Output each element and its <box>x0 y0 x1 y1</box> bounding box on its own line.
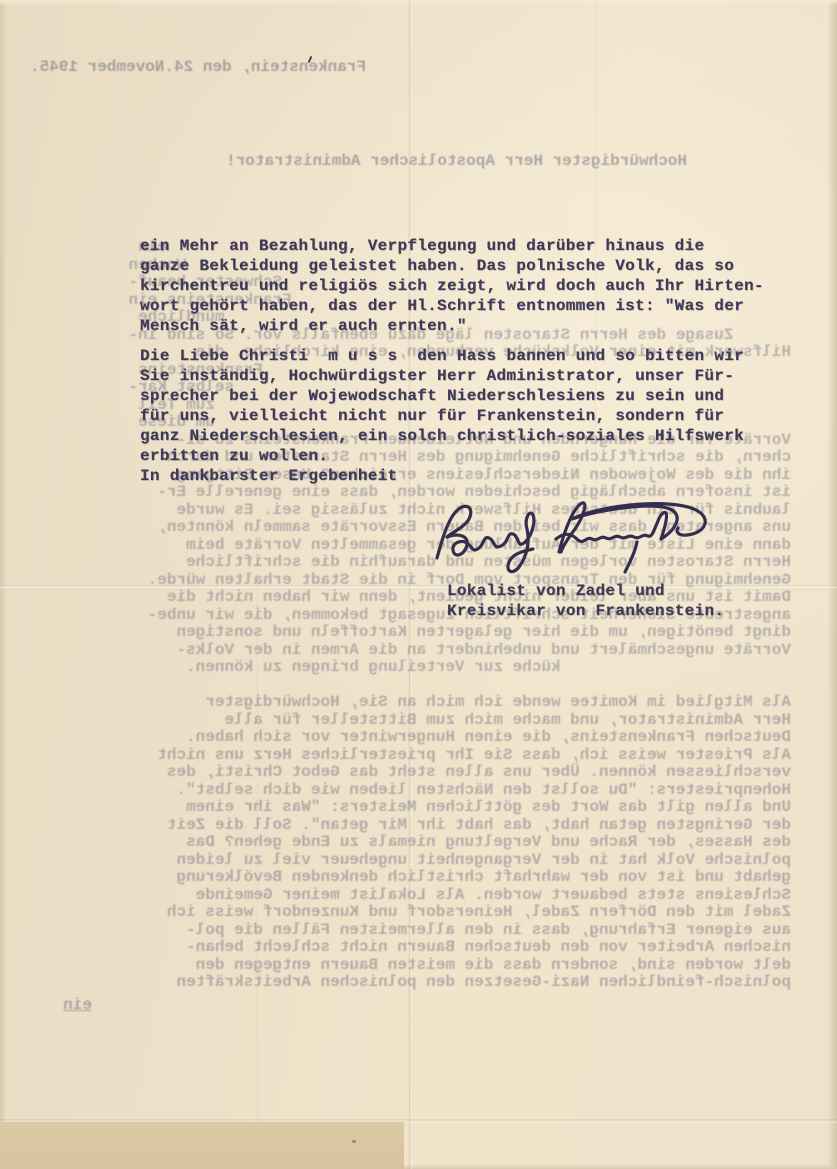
rust-speck <box>352 1140 356 1143</box>
discoloration-stain <box>0 1122 404 1169</box>
signer-title: Lokalist von Zadel und Kreisvikar von Fr… <box>447 581 724 621</box>
letter-page: Frankenstein, den 24.November 1945. Hoch… <box>0 0 837 1169</box>
paragraph-appeal: Die Liebe Christi m u s s den Hass banne… <box>140 346 744 466</box>
bleedthrough-date-line: Frankenstein, den 24.November 1945. <box>0 59 837 77</box>
closing-line: In dankbarster Ergebenheit <box>140 466 397 486</box>
bleedthrough-bottom-block: Als Mitglied im Komitee wende ich mich a… <box>30 694 805 992</box>
bleedthrough-salutation: Hochwürdigster Herr Apostolischer Admini… <box>0 153 837 171</box>
bleedthrough-catchword: ein <box>32 997 92 1015</box>
handwritten-signature <box>423 492 733 587</box>
paragraph-harvest-quote: ein Mehr an Bezahlung, Verpflegung und d… <box>140 236 764 336</box>
paper-edge-top <box>0 0 837 6</box>
